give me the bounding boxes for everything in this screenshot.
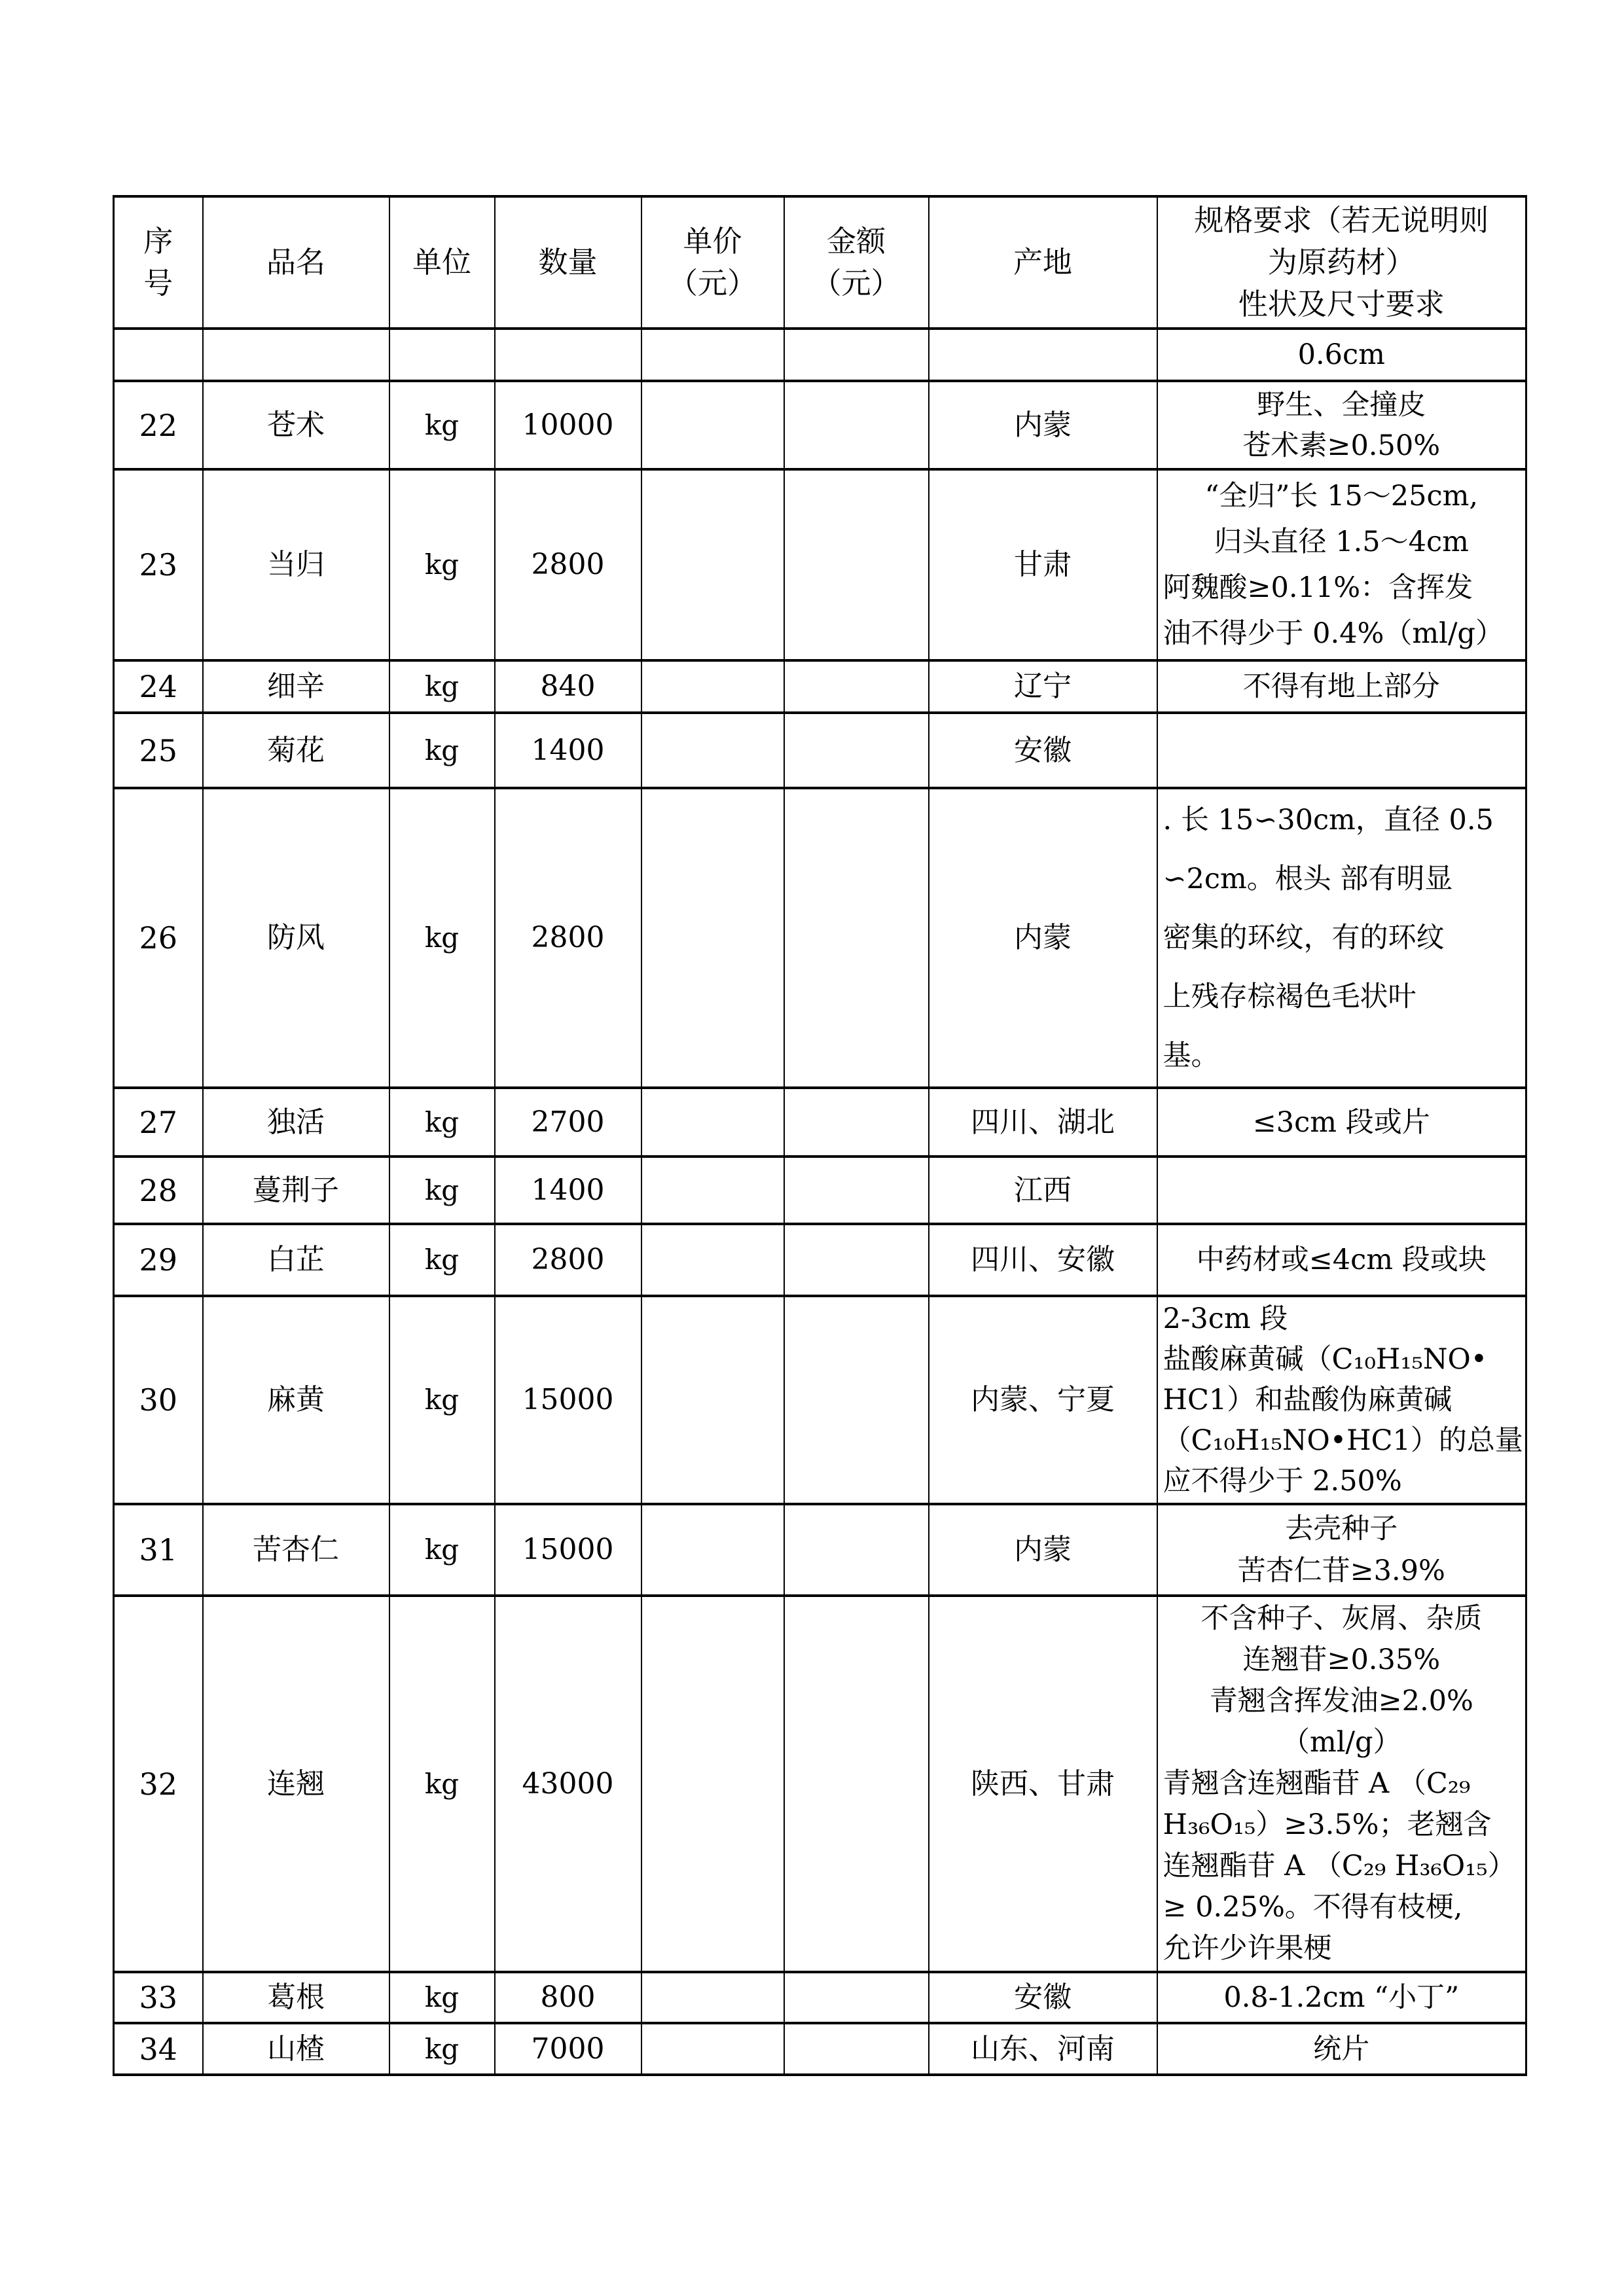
cell-origin [929,329,1157,381]
cell-origin: 内蒙 [929,381,1157,469]
cell-price [641,788,784,1088]
cell-unit: kg [389,2023,495,2075]
cell-qty: 800 [495,1972,641,2023]
header-label-line: （元） [785,262,928,304]
cell-qty: 2800 [495,469,641,660]
cell-name: 麻黄 [203,1296,389,1504]
table-row-22: 22苍术kg10000内蒙野生、全撞皮苍术素≥0.50% [114,381,1526,469]
cell-spec: “全归”长 15～25cm,归头直径 1.5～4cm阿魏酸≥0.11%：含挥发油… [1157,469,1526,660]
cell-price [641,713,784,788]
cell-spec: 不含种子、灰屑、杂质连翘苷≥0.35%青翘含挥发油≥2.0%（ml/g）青翘含连… [1157,1596,1526,1972]
spec-line: 去壳种子 [1163,1508,1521,1550]
cell-origin: 四川、湖北 [929,1088,1157,1157]
cell-name: 白芷 [203,1224,389,1296]
cell-price [641,329,784,381]
cell-name: 独活 [203,1088,389,1157]
spec-line: 密集的环纹，有的环纹 [1163,908,1521,967]
spec-line: HC1）和盐酸伪麻黄碱 [1163,1380,1521,1420]
cell-amount [784,1972,929,2023]
spec-line: 0.6cm [1163,336,1521,374]
cell-amount [784,1088,929,1157]
cell-amount [784,1504,929,1596]
header-label-line: （元） [642,262,784,304]
header-cell-name: 品名 [203,196,389,329]
header-label-line: 序 [115,221,202,262]
cell-spec: 0.8-1.2cm “小丁” [1157,1972,1526,2023]
cell-origin: 四川、安徽 [929,1224,1157,1296]
cell-amount [784,1296,929,1504]
cell-spec: 野生、全撞皮苍术素≥0.50% [1157,381,1526,469]
header-label-line: 号 [115,262,202,304]
cell-unit: kg [389,1157,495,1224]
cell-amount [784,713,929,788]
spec-line: 上残存棕褐色毛状叶 [1163,967,1521,1026]
table-row-23: 23当归kg2800甘肃“全归”长 15～25cm,归头直径 1.5～4cm阿魏… [114,469,1526,660]
table-row-29: 29白芷kg2800四川、安徽中药材或≤4cm 段或块 [114,1224,1526,1296]
cell-amount [784,1596,929,1972]
cell-spec [1157,1157,1526,1224]
cell-origin: 内蒙 [929,1504,1157,1596]
header-label-line: 性状及尺寸要求 [1158,283,1526,325]
header-cell-amount: 金额（元） [784,196,929,329]
cell-price [641,1972,784,2023]
cell-qty: 7000 [495,2023,641,2075]
cell-no: 22 [114,381,203,469]
cell-price [641,660,784,713]
cell-price [641,469,784,660]
cell-origin: 江西 [929,1157,1157,1224]
header-label-line: 产地 [929,242,1157,283]
cell-no: 29 [114,1224,203,1296]
header-label-line: 为原药材） [1158,242,1526,283]
cell-no: 28 [114,1157,203,1224]
spec-line: 苦杏仁苷≥3.9% [1163,1550,1521,1592]
cell-origin: 辽宁 [929,660,1157,713]
cell-qty: 840 [495,660,641,713]
cell-spec: 去壳种子苦杏仁苷≥3.9% [1157,1504,1526,1596]
cell-unit: kg [389,713,495,788]
spec-line: 连翘苷≥0.35% [1163,1640,1521,1681]
cell-qty: 15000 [495,1504,641,1596]
spec-line: . 长 15∽30cm，直径 0.5 [1163,791,1521,850]
header-label-line: 数量 [496,242,641,283]
header-row: 序号品名单位数量单价（元）金额（元）产地规格要求（若无说明则为原药材）性状及尺寸… [114,196,1526,329]
cell-no: 30 [114,1296,203,1504]
cell-name: 蔓荆子 [203,1157,389,1224]
table-row-33: 33葛根kg800安徽0.8-1.2cm “小丁” [114,1972,1526,2023]
spec-line: ∽2cm。根头 部有明显 [1163,850,1521,908]
cell-price [641,2023,784,2075]
spec-line: 基。 [1163,1026,1521,1085]
table-row-continuation: 0.6cm [114,329,1526,381]
cell-no: 25 [114,713,203,788]
cell-amount [784,788,929,1088]
cell-name: 苍术 [203,381,389,469]
header-label-line: 规格要求（若无说明则 [1158,200,1526,242]
spec-line: （ml/g） [1163,1722,1521,1763]
cell-qty: 10000 [495,381,641,469]
cell-spec: 2-3cm 段盐酸麻黄碱（C₁₀H₁₅NO•HC1）和盐酸伪麻黄碱（C₁₀H₁₅… [1157,1296,1526,1504]
cell-price [641,1504,784,1596]
cell-origin: 内蒙、宁夏 [929,1296,1157,1504]
cell-unit: kg [389,788,495,1088]
cell-spec: ≤3cm 段或片 [1157,1088,1526,1157]
table-row-32: 32连翘kg43000陕西、甘肃不含种子、灰屑、杂质连翘苷≥0.35%青翘含挥发… [114,1596,1526,1972]
cell-qty [495,329,641,381]
cell-origin: 安徽 [929,713,1157,788]
cell-price [641,1224,784,1296]
cell-amount [784,2023,929,2075]
spec-line: 油不得少于 0.4%（ml/g） [1163,611,1521,656]
cell-qty: 15000 [495,1296,641,1504]
cell-unit: kg [389,1296,495,1504]
cell-qty: 2800 [495,1224,641,1296]
cell-amount [784,329,929,381]
cell-name: 葛根 [203,1972,389,2023]
cell-amount [784,381,929,469]
cell-name: 当归 [203,469,389,660]
cell-no: 33 [114,1972,203,2023]
cell-qty: 1400 [495,713,641,788]
table-row-26: 26防风kg2800内蒙. 长 15∽30cm，直径 0.5∽2cm。根头 部有… [114,788,1526,1088]
cell-spec: . 长 15∽30cm，直径 0.5∽2cm。根头 部有明显密集的环纹，有的环纹… [1157,788,1526,1088]
cell-name [203,329,389,381]
cell-unit: kg [389,1088,495,1157]
cell-price [641,381,784,469]
cell-unit: kg [389,1504,495,1596]
spec-line: ≤3cm 段或片 [1163,1103,1521,1141]
spec-line: （C₁₀H₁₅NO•HC1）的总量 [1163,1420,1521,1461]
spec-line: H₃₆O₁₅）≥3.5%；老翘含 [1163,1804,1521,1846]
spec-line: 苍术素≥0.50% [1163,425,1521,466]
table-row-28: 28蔓荆子kg1400江西 [114,1157,1526,1224]
spec-line: 青翘含连翘酯苷 A （C₂₉ [1163,1763,1521,1804]
cell-origin: 陕西、甘肃 [929,1596,1157,1972]
header-cell-unit: 单位 [389,196,495,329]
header-label-line: 单价 [642,221,784,262]
medicine-spec-table: 序号品名单位数量单价（元）金额（元）产地规格要求（若无说明则为原药材）性状及尺寸… [113,195,1527,2076]
header-cell-no: 序号 [114,196,203,329]
cell-no: 23 [114,469,203,660]
header-cell-origin: 产地 [929,196,1157,329]
cell-name: 山楂 [203,2023,389,2075]
cell-unit: kg [389,1972,495,2023]
cell-unit: kg [389,469,495,660]
spec-line: 0.8-1.2cm “小丁” [1163,1979,1521,2017]
spec-line: 盐酸麻黄碱（C₁₀H₁₅NO• [1163,1339,1521,1380]
spec-line: 不含种子、灰屑、杂质 [1163,1598,1521,1640]
cell-no: 27 [114,1088,203,1157]
cell-origin: 内蒙 [929,788,1157,1088]
cell-qty: 2700 [495,1088,641,1157]
cell-name: 连翘 [203,1596,389,1972]
cell-amount [784,1224,929,1296]
spec-line: 应不得少于 2.50% [1163,1461,1521,1501]
cell-no: 24 [114,660,203,713]
cell-qty: 43000 [495,1596,641,1972]
cell-amount [784,660,929,713]
table-row-27: 27独活kg2700四川、湖北≤3cm 段或片 [114,1088,1526,1157]
spec-line: 不得有地上部分 [1163,668,1521,706]
spec-line: 允许少许果梗 [1163,1928,1521,1969]
cell-no: 26 [114,788,203,1088]
table-row-25: 25菊花kg1400安徽 [114,713,1526,788]
cell-price [641,1296,784,1504]
header-label-line: 单位 [390,242,494,283]
spec-line: 野生、全撞皮 [1163,385,1521,425]
spec-line: 连翘酯苷 A （C₂₉ H₃₆O₁₅） [1163,1846,1521,1887]
cell-name: 菊花 [203,713,389,788]
spec-line: 中药材或≤4cm 段或块 [1163,1241,1521,1279]
header-cell-price: 单价（元） [641,196,784,329]
cell-no: 31 [114,1504,203,1596]
cell-amount [784,1157,929,1224]
cell-spec: 中药材或≤4cm 段或块 [1157,1224,1526,1296]
cell-unit: kg [389,660,495,713]
table-row-31: 31苦杏仁kg15000内蒙去壳种子苦杏仁苷≥3.9% [114,1504,1526,1596]
cell-name: 细辛 [203,660,389,713]
cell-no [114,329,203,381]
cell-price [641,1157,784,1224]
spec-line: 阿魏酸≥0.11%：含挥发 [1163,565,1521,611]
cell-spec: 0.6cm [1157,329,1526,381]
header-label-line: 品名 [204,242,389,283]
header-cell-qty: 数量 [495,196,641,329]
spec-line: 青翘含挥发油≥2.0% [1163,1681,1521,1722]
cell-origin: 安徽 [929,1972,1157,2023]
table-row-30: 30麻黄kg15000内蒙、宁夏2-3cm 段盐酸麻黄碱（C₁₀H₁₅NO•HC… [114,1296,1526,1504]
cell-unit: kg [389,1224,495,1296]
spec-line: “全归”长 15～25cm, [1163,473,1521,519]
table-row-34: 34山楂kg7000山东、河南统片 [114,2023,1526,2075]
cell-qty: 1400 [495,1157,641,1224]
header-cell-spec: 规格要求（若无说明则为原药材）性状及尺寸要求 [1157,196,1526,329]
cell-spec: 统片 [1157,2023,1526,2075]
cell-price [641,1088,784,1157]
spec-line: ≥ 0.25%。不得有枝梗, [1163,1887,1521,1928]
cell-no: 34 [114,2023,203,2075]
document-page: 序号品名单位数量单价（元）金额（元）产地规格要求（若无说明则为原药材）性状及尺寸… [0,0,1624,2296]
cell-origin: 甘肃 [929,469,1157,660]
spec-line: 2-3cm 段 [1163,1299,1521,1339]
header-label-line: 金额 [785,221,928,262]
spec-line: 统片 [1163,2030,1521,2068]
cell-name: 防风 [203,788,389,1088]
spec-line: 归头直径 1.5～4cm [1163,519,1521,565]
cell-unit [389,329,495,381]
cell-spec: 不得有地上部分 [1157,660,1526,713]
cell-amount [784,469,929,660]
cell-origin: 山东、河南 [929,2023,1157,2075]
table-row-24: 24细辛kg840辽宁不得有地上部分 [114,660,1526,713]
cell-spec [1157,713,1526,788]
cell-price [641,1596,784,1972]
cell-unit: kg [389,381,495,469]
cell-name: 苦杏仁 [203,1504,389,1596]
cell-unit: kg [389,1596,495,1972]
cell-qty: 2800 [495,788,641,1088]
cell-no: 32 [114,1596,203,1972]
